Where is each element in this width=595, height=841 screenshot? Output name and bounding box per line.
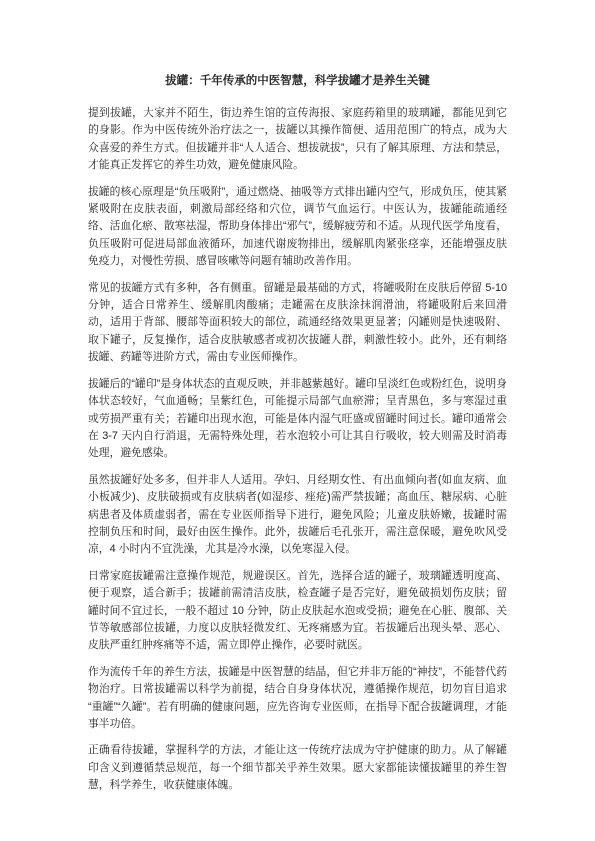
document-page: 拔罐：千年传承的中医智慧，科学拔罐才是养生关键 提到拔罐，大家并不陌生，街边养生… — [0, 0, 595, 841]
paragraph-intro: 提到拔罐，大家并不陌生，街边养生馆的宣传海报、家庭药箱里的玻璃罐，都能见到它的身… — [88, 105, 507, 175]
paragraph-marks: 拔罐后的“罐印”是身体状态的直观反映，并非越紫越好。罐印呈淡红色或粉红色，说明身… — [88, 376, 507, 463]
paragraph-principle: 拔罐的核心原理是“负压吸附”，通过燃烧、抽吸等方式排出罐内空气，形成负压，使其紧… — [88, 184, 507, 271]
paragraph-methods: 常见的拔罐方式有多种，各有侧重。留罐是最基础的方式，将罐吸附在皮肤后停留 5-1… — [88, 280, 507, 367]
paragraph-contraindications: 虽然拔罐好处多多，但并非人人适用。孕妇、月经期女性、有出血倾向者(如血友病、血小… — [88, 472, 507, 559]
document-title: 拔罐：千年传承的中医智慧，科学拔罐才是养生关键 — [88, 73, 507, 90]
paragraph-home-practice: 日常家庭拔罐需注意操作规范，规避误区。首先，选择合适的罐子，玻璃罐透明度高、便于… — [88, 568, 507, 655]
paragraph-conclusion: 正确看待拔罐，掌握科学的方法，才能让这一传统疗法成为守护健康的助力。从了解罐印含… — [88, 742, 507, 794]
paragraph-scientific-attitude: 作为流传千年的养生方法，拔罐是中医智慧的结晶，但它并非万能的“神技”，不能替代药… — [88, 664, 507, 734]
